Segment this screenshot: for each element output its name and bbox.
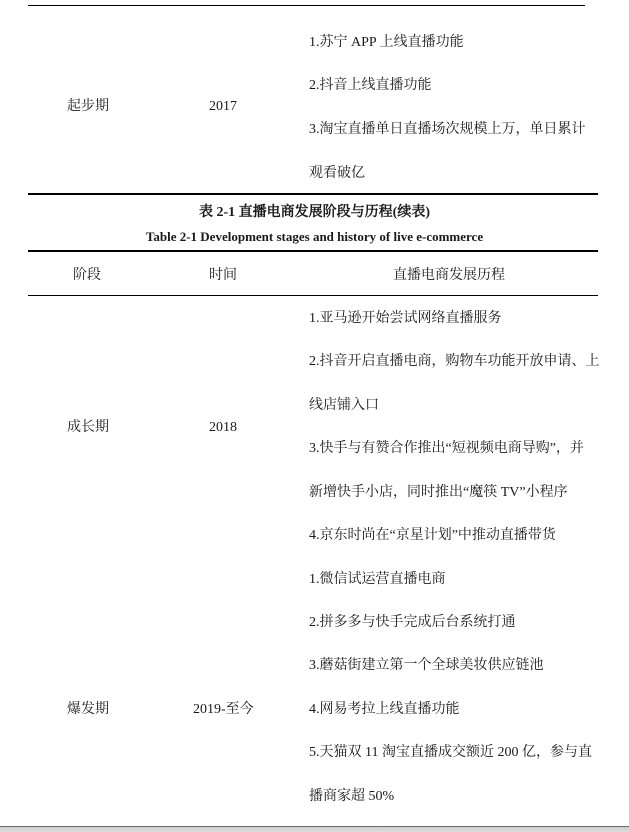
history-line: 2.抖音开启直播电商，购物车功能开放申请、上 <box>309 354 600 370</box>
history-line: 1.苏宁 APP 上线直播功能 <box>309 35 464 51</box>
history-line: 2.拼多多与快手完成后台系统打通 <box>309 615 516 631</box>
history-line: 3.淘宝直播单日直播场次规模上万，单日累计 <box>309 122 586 138</box>
history-line: 1.微信试运营直播电商 <box>309 572 446 588</box>
time-cell: 2018 <box>209 420 237 436</box>
history-line: 4.京东时尚在“京星计划”中推动直播带货 <box>309 528 556 544</box>
history-line: 新增快手小店，同时推出“魔筷 TV”小程序 <box>309 485 568 501</box>
history-line: 3.快手与有赞合作推出“短视频电商导购”，并 <box>309 441 584 457</box>
table-top-rule <box>28 5 585 6</box>
history-line: 3.蘑菇街建立第一个全球美妆供应链池 <box>309 658 544 674</box>
time-cell: 2019-至今 <box>193 702 254 718</box>
table-bottom-rule <box>28 193 598 195</box>
stage-cell: 成长期 <box>67 420 109 436</box>
table-top-rule <box>28 250 598 252</box>
history-line: 4.网易考拉上线直播功能 <box>309 702 460 718</box>
header-rule <box>28 295 598 296</box>
column-header-history: 直播电商发展历程 <box>393 264 505 284</box>
history-line: 观看破亿 <box>309 166 365 182</box>
column-header-time: 时间 <box>209 264 237 284</box>
table-caption-cn: 表 2-1 直播电商发展阶段与历程(续表) <box>0 201 629 221</box>
stage-cell: 起步期 <box>67 99 109 115</box>
table-caption-en: Table 2-1 Development stages and history… <box>0 229 629 245</box>
history-line: 2.抖音上线直播功能 <box>309 78 432 94</box>
column-header-stage: 阶段 <box>73 264 101 284</box>
history-line: 线店铺入口 <box>309 398 379 414</box>
stage-cell: 爆发期 <box>67 702 109 718</box>
time-cell: 2017 <box>209 99 237 115</box>
history-line: 5.天猫双 11 淘宝直播成交额近 200 亿，参与直 <box>309 745 592 761</box>
history-line: 播商家超 50% <box>309 789 394 805</box>
page-separator <box>0 826 629 832</box>
history-line: 1.亚马逊开始尝试网络直播服务 <box>309 311 502 327</box>
